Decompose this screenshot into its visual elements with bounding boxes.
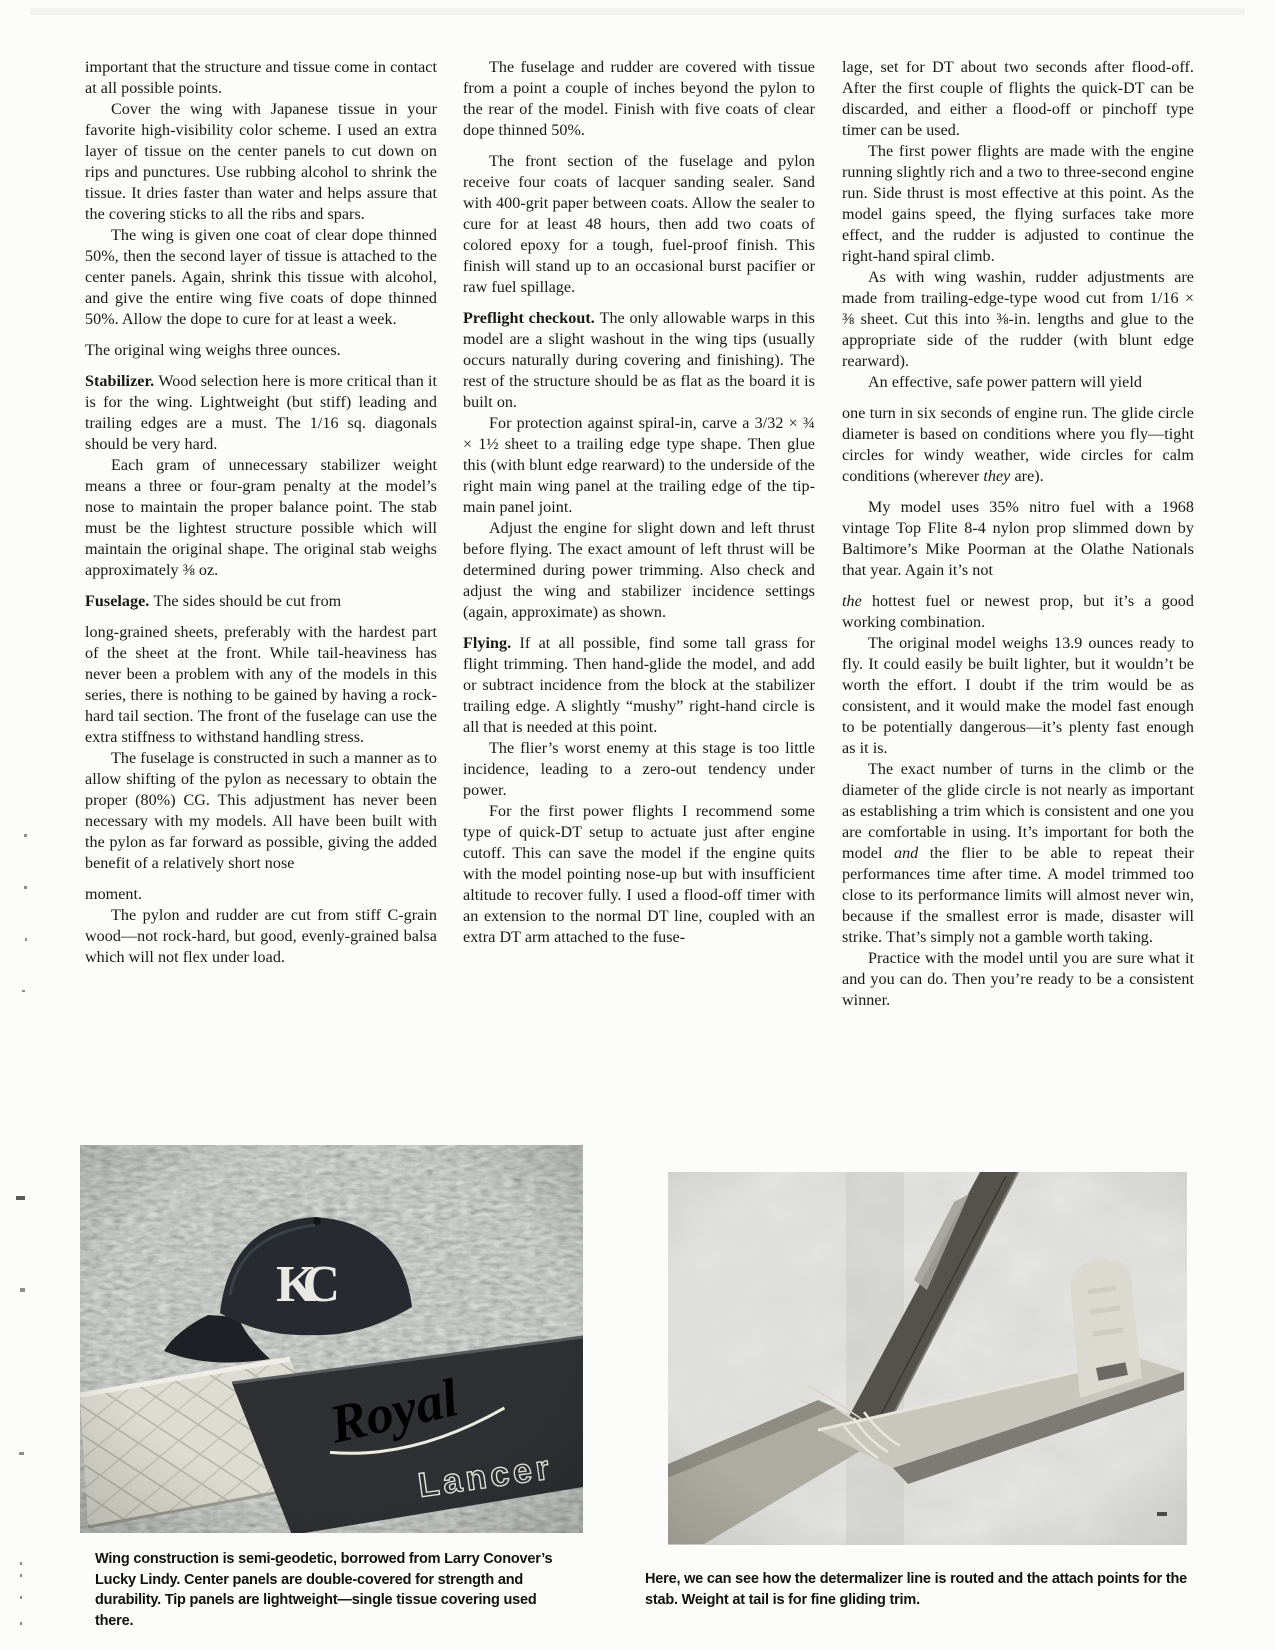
photo-wing-on-grass: Royal Lancer KC [80,1145,583,1533]
article-column-3: lage, set for DT about two seconds after… [842,57,1194,1011]
paragraph: the hottest fuel or newest prop, but it’… [842,591,1194,633]
scan-speck [20,1622,22,1625]
magazine-page: important that the structure and tissue … [0,0,1275,1650]
paragraph: Adjust the engine for slight down and le… [463,518,815,623]
paragraph: An effective, safe power pattern will yi… [842,372,1194,393]
scan-speck [22,990,25,992]
page-top-band [30,8,1245,15]
paragraph: The original model weighs 13.9 ounces re… [842,633,1194,759]
paragraph: For protection against spiral-in, carve … [463,413,815,518]
scan-speck [24,834,27,837]
photo-tail-detail [668,1172,1187,1545]
paragraph: My model uses 35% nitro fuel with a 1968… [842,497,1194,581]
paragraph: The fuselage is constructed in such a ma… [85,748,437,874]
scan-speck [24,886,27,889]
scan-speck [20,1288,25,1292]
paragraph: Stabilizer. Wood selection here is more … [85,371,437,455]
paragraph: lage, set for DT about two seconds after… [842,57,1194,141]
caption-right-photo: Here, we can see how the determalizer li… [645,1569,1197,1610]
paragraph: The wing is given one coat of clear dope… [85,225,437,330]
scan-speck [19,1452,24,1455]
article-column-2: The fuselage and rudder are covered with… [463,57,815,948]
paragraph: The flier’s worst enemy at this stage is… [463,738,815,801]
scan-speck [20,1596,22,1599]
article-column-1: important that the structure and tissue … [85,57,437,968]
caption-left-photo: Wing construction is semi-geodetic, borr… [95,1549,573,1631]
paragraph: Practice with the model until you are su… [842,948,1194,1011]
paragraph: important that the structure and tissue … [85,57,437,99]
scan-speck [20,1562,22,1565]
paragraph: Flying. If at all possible, find some ta… [463,633,815,738]
paragraph: The front section of the fuselage and py… [463,151,815,298]
paragraph: Preflight checkout. The only allowable w… [463,308,815,413]
paragraph: Cover the wing with Japanese tissue in y… [85,99,437,225]
paragraph: The fuselage and rudder are covered with… [463,57,815,141]
paragraph: one turn in six seconds of engine run. T… [842,403,1194,487]
paragraph: For the first power flights I recommend … [463,801,815,948]
paragraph: Fuselage. The sides should be cut from [85,591,437,612]
paragraph: The pylon and rudder are cut from stiff … [85,905,437,968]
paragraph: The exact number of turns in the climb o… [842,759,1194,948]
scan-speck [25,938,27,941]
scan-speck [1157,1512,1167,1516]
paragraph: The original wing weighs three ounces. [85,340,437,361]
paragraph: The first power flights are made with th… [842,141,1194,267]
scan-speck [20,1574,22,1577]
scan-speck [16,1196,25,1200]
paragraph: Each gram of unnecessary stabilizer weig… [85,455,437,581]
paragraph: moment. [85,884,437,905]
paragraph: long-grained sheets, preferably with the… [85,622,437,748]
paragraph: As with wing washin, rudder adjustments … [842,267,1194,372]
